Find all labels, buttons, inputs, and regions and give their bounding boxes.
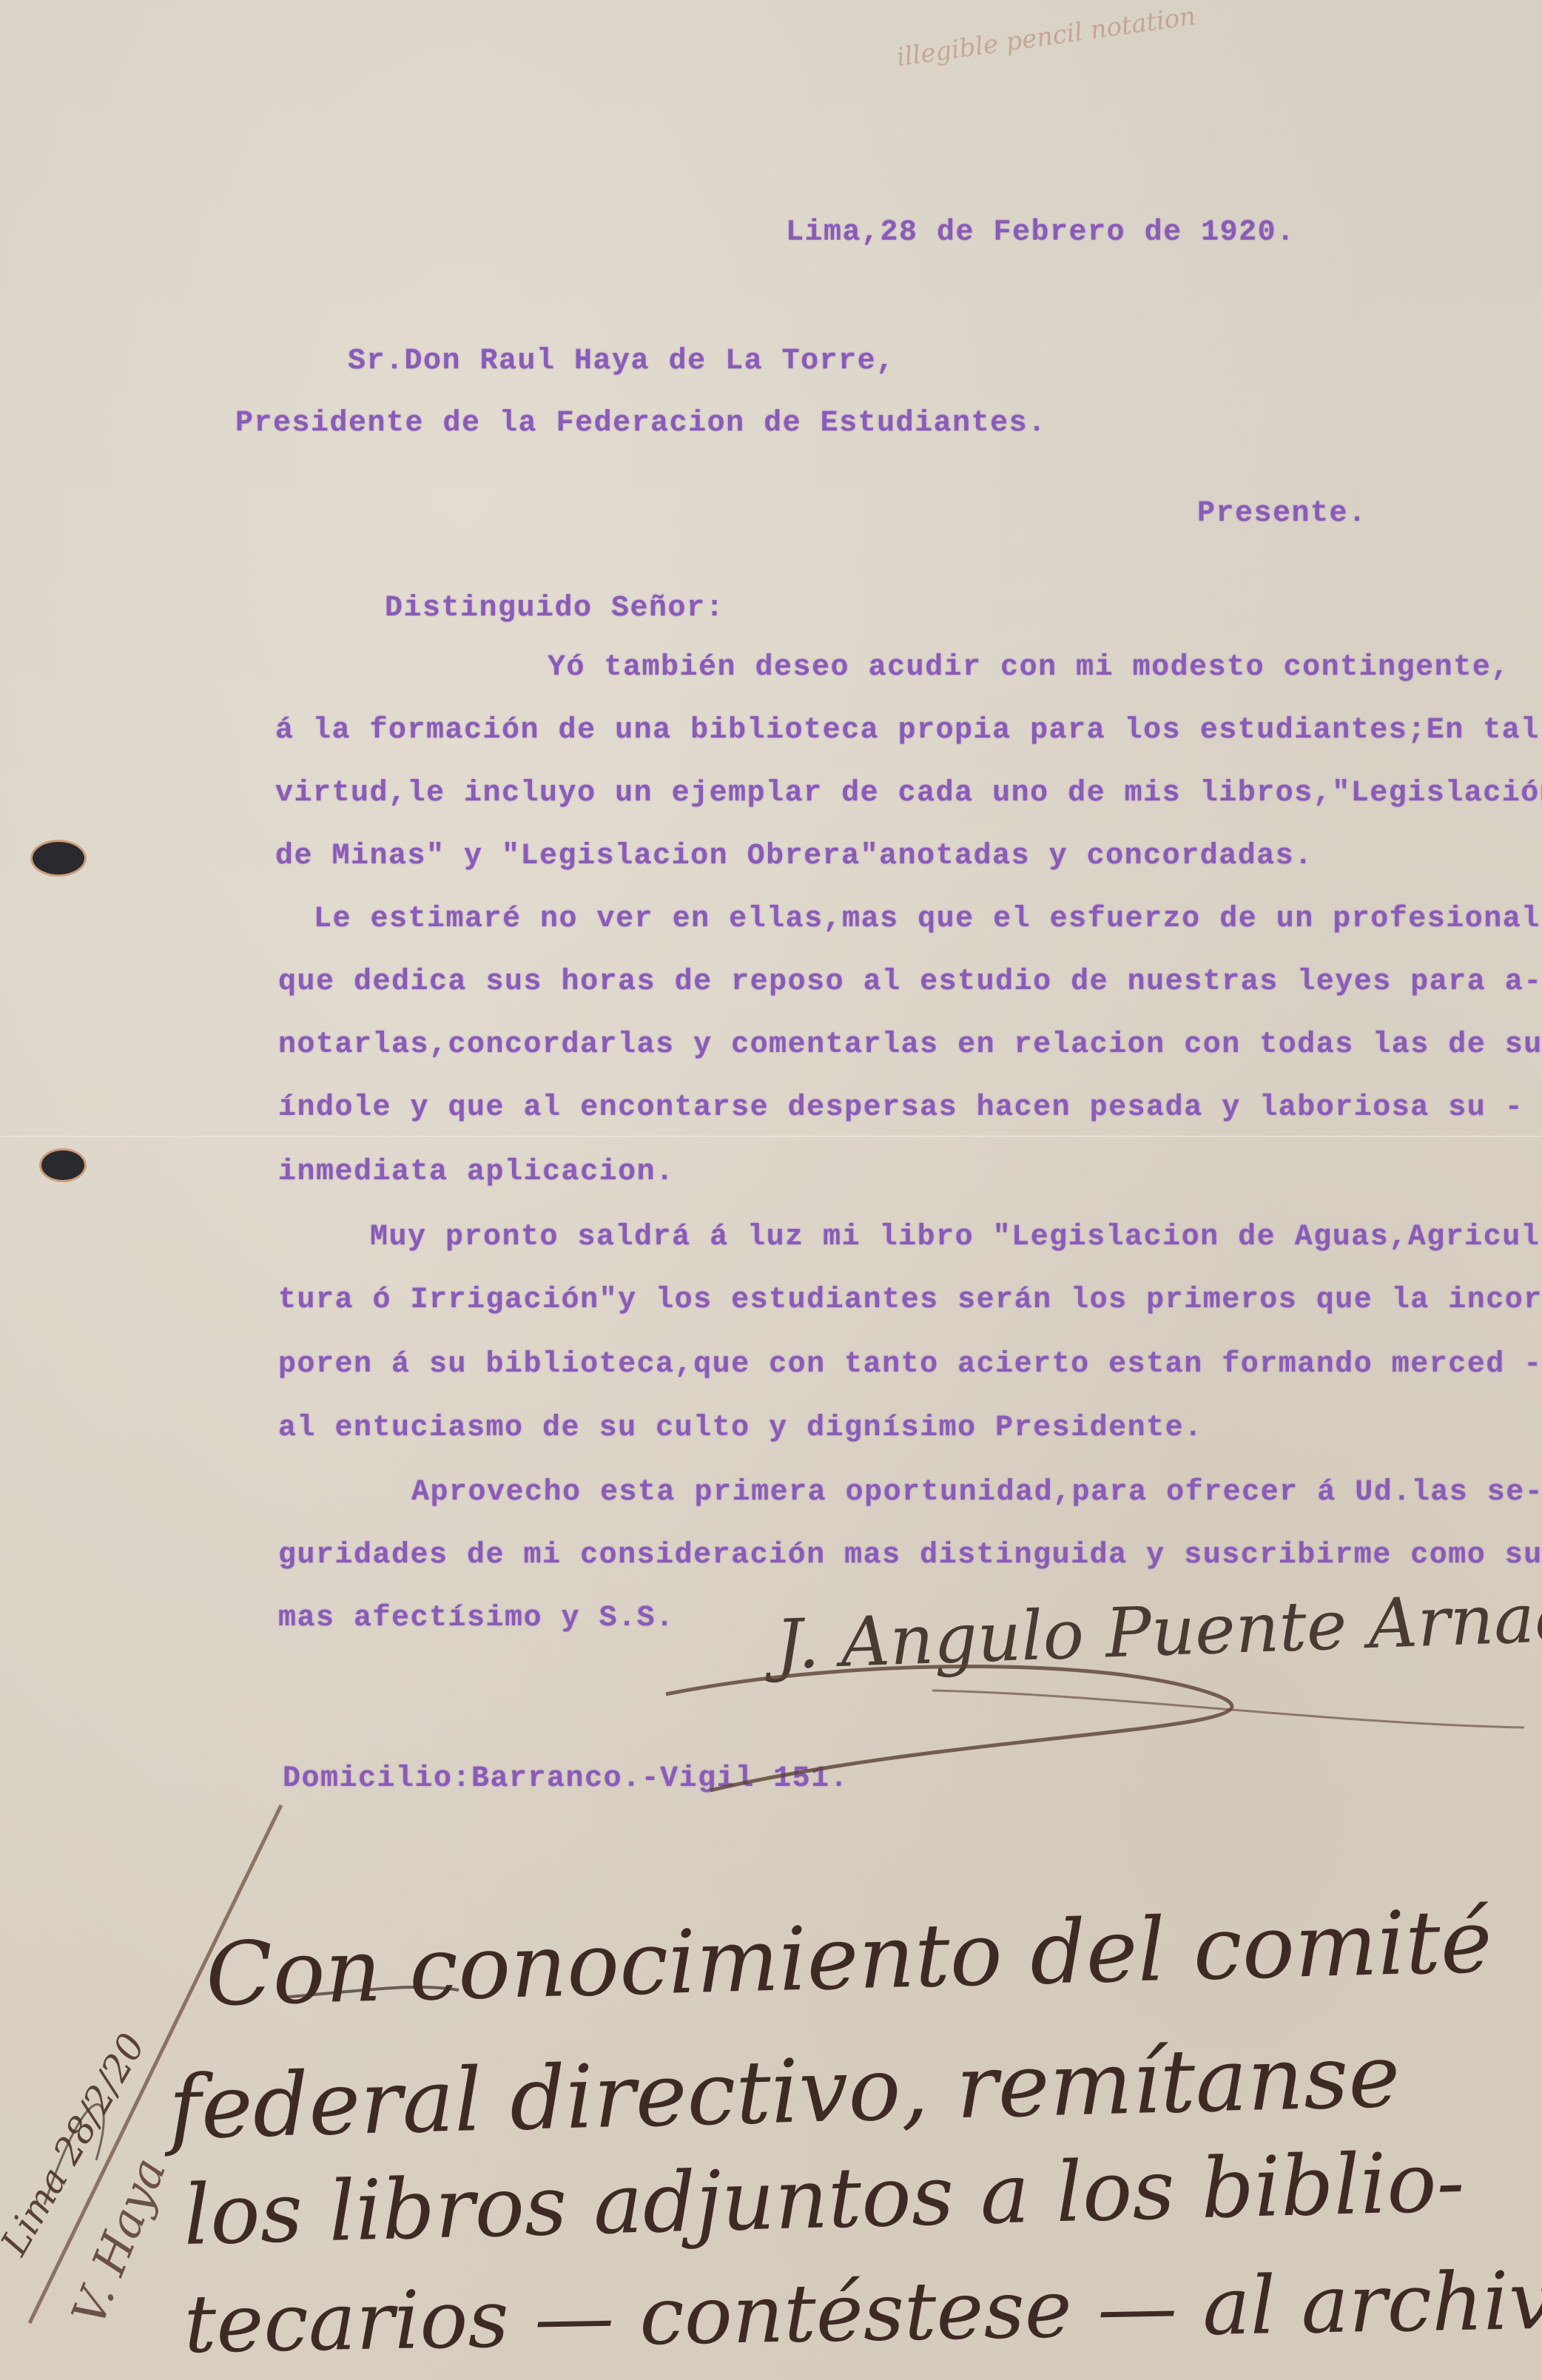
body-line: notarlas,concordarlas y comentarlas en r… — [278, 1028, 1542, 1062]
handwritten-note-line: tecarios — contéstese — al archivo — [184, 2254, 1542, 2371]
body-line: Le estimaré no ver en ellas,mas que el e… — [314, 903, 1542, 936]
body-line: Yó también deseo acudir con mi modesto c… — [548, 651, 1510, 684]
date-line: Lima,28 de Febrero de 1920. — [786, 216, 1296, 249]
signature: J. Angulo Puente Arnao — [774, 1577, 1542, 1685]
body-line: tura ó Irrigación"y los estudiantes será… — [278, 1284, 1542, 1317]
body-line: índole y que al encontarse despersas hac… — [278, 1091, 1524, 1125]
handwritten-note-line: Con conocimiento del comité — [204, 1890, 1493, 2026]
body-line: que dedica sus horas de reposo al estudi… — [278, 965, 1542, 999]
handwritten-note-line: federal directivo, remítanse — [167, 2024, 1401, 2159]
body-line: Aprovecho esta primera oportunidad,para … — [411, 1476, 1542, 1509]
recipient-title: Presidente de la Federacion de Estudiant… — [235, 407, 1047, 440]
salutation: Distinguido Señor: — [385, 592, 724, 625]
body-line: guridades de mi consideración mas distin… — [278, 1539, 1542, 1572]
body-line: á la formación de una biblioteca propia … — [275, 714, 1540, 747]
pencil-note-top: illegible pencil notation — [895, 1, 1197, 73]
body-line: virtud,le incluyo un ejemplar de cada un… — [275, 777, 1542, 810]
body-line: inmediata aplicacion. — [278, 1156, 675, 1189]
punch-hole-bottom — [41, 1150, 84, 1180]
paper-fold-line — [0, 1136, 1542, 1137]
handwritten-note-line: los libros adjuntos a los biblio- — [183, 2134, 1466, 2264]
body-line: mas afectísimo y S.S. — [278, 1602, 675, 1635]
recipient-name: Sr.Don Raul Haya de La Torre, — [348, 345, 895, 378]
punch-hole-top — [33, 842, 84, 874]
domicile-line: Domicilio:Barranco.-Vigil 151. — [283, 1762, 849, 1796]
presente-line: Presente. — [1197, 497, 1367, 530]
body-line: Muy pronto saldrá á luz mi libro "Legisl… — [370, 1221, 1542, 1254]
body-line: de Minas" y "Legislacion Obrera"anotadas… — [275, 840, 1313, 873]
body-line: al entuciasmo de su culto y dignísimo Pr… — [278, 1412, 1203, 1445]
body-line: poren á su biblioteca,que con tanto acie… — [278, 1348, 1542, 1381]
